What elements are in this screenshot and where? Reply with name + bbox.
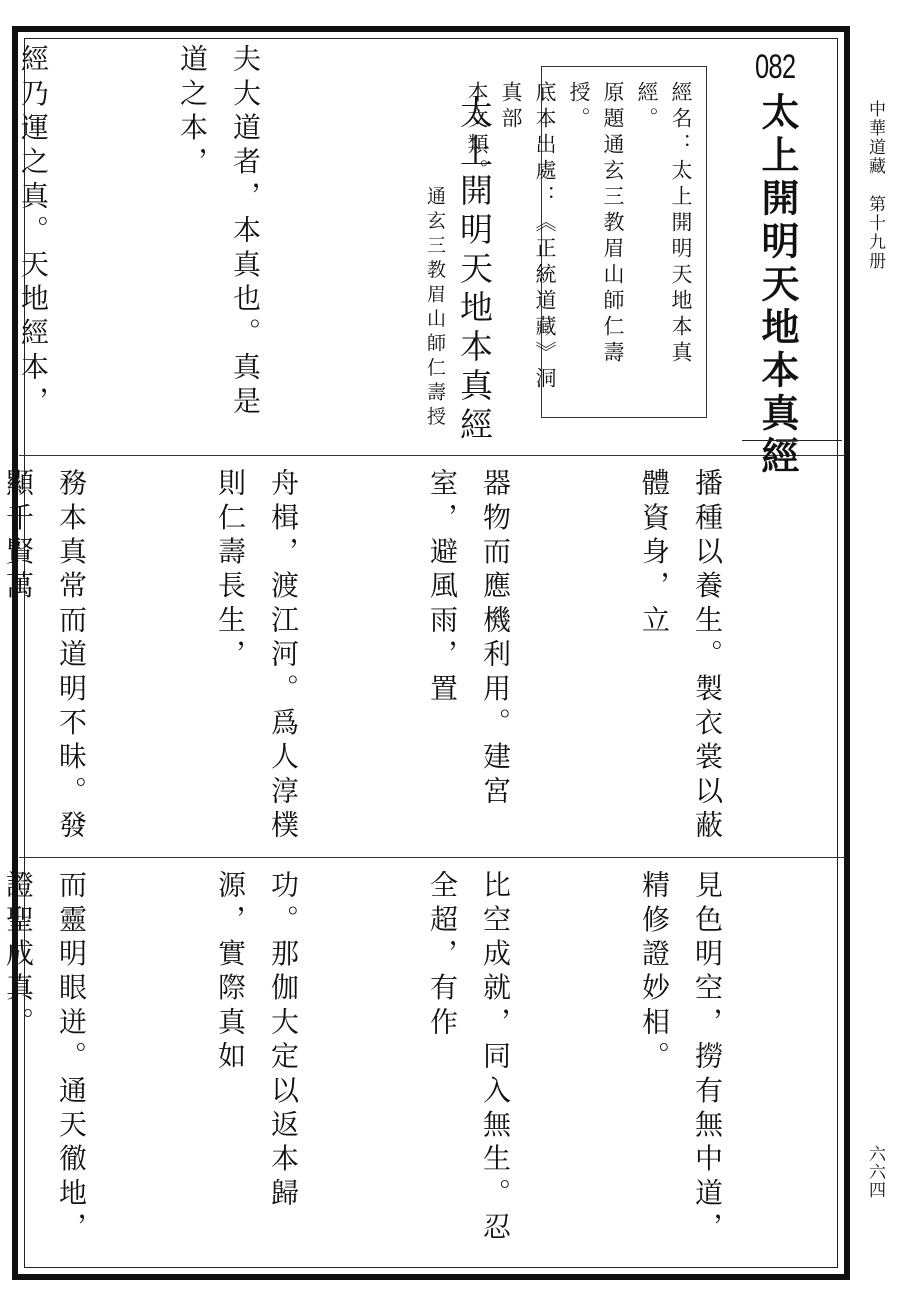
text-column: 比空成就，同入無生。忍全超，有作 [416,870,522,1250]
section3-text: 見色明空，撈有無中道，精修證妙相。 比空成就，同入無生。忍全超，有作 功。那伽大… [0,870,840,1250]
text-column: 見色明空，撈有無中道，精修證妙相。 [628,870,734,1250]
info-line-title: 經名：太上開明天地本真經。 [630,81,698,417]
running-header: 中華道藏 第十九册 [858,100,892,271]
text-column: 而靈明眼迸。通天徹地，證聖成真。 [0,870,98,1250]
text-column: 功。那伽大定以返本歸源，實際真如 [204,870,310,1250]
text-column: 夫大道者，本真也。真是道之本， [166,44,272,444]
body-title: 太上開明天地本真經 [452,95,496,446]
bibliographic-info-box: 經名：太上開明天地本真經。 原題通玄三教眉山師仁壽授。 底本出處：《正統道藏》洞… [541,66,707,418]
section-divider-2 [19,857,845,858]
text-column: 舟楫，渡江河。爲人淳樸則仁壽長生， [204,468,310,848]
body-author: 通玄三教眉山師仁壽授 [420,186,450,431]
text-column: 播種以養生。製衣裳以蔽體資身，立 [628,468,734,848]
scripture-number: 082 [755,48,795,87]
section-divider-1 [19,455,845,456]
scripture-heading: 太上開明天地本真經 [752,92,802,479]
text-column: 務本真常而道明不昧。發顯千賢萬 [0,468,98,848]
section1-text: 夫大道者，本真也。真是道之本， 經乃運之真。天地經本，昇降真明； 聖賢運本，歸返… [0,44,378,444]
section2-text: 播種以養生。製衣裳以蔽體資身，立 器物而應機利用。建宮室，避風雨，置 舟楫，渡江… [0,468,840,848]
heading-rule [742,440,842,441]
text-column: 經乃運之真。天地經本，昇降真明； [0,44,60,444]
page-number: 六六四 [858,1145,892,1199]
info-line-source: 底本出處：《正統道藏》洞真部 [494,81,562,417]
text-column: 器物而應機利用。建宮室，避風雨，置 [416,468,522,848]
info-line-attribution: 原題通玄三教眉山師仁壽授。 [562,81,630,417]
